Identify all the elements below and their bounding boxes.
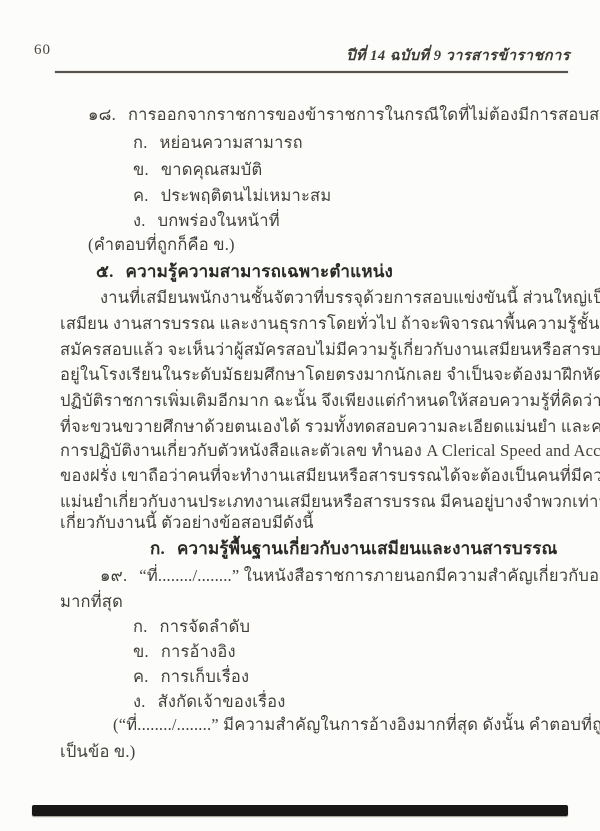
question-18-choice-a: ก.หย่อนความสามารถ <box>133 132 303 154</box>
choice-text: ขาดคุณสมบัติ <box>161 160 263 179</box>
question-19-answer-note-2: เป็นข้อ ข.) <box>60 741 135 763</box>
question-18-choice-d: ง.บกพร่องในหน้าที่ <box>133 210 280 232</box>
choice-text: การเก็บเรื่อง <box>161 667 250 686</box>
question-19-number: ๑๙. <box>100 565 127 587</box>
paragraph-line: สมัครสอบแล้ว จะเห็นว่าผู้สมัครสอบไม่มีคว… <box>60 339 600 361</box>
question-19-text: “ที่......../........” ในหนังสือราชการภา… <box>139 566 600 585</box>
paragraph-line: ที่จะขวนขวายศึกษาด้วยตนเองได้ รวมทั้งทดส… <box>60 416 600 438</box>
subsection-a-heading: ก.ความรู้พื้นฐานเกี่ยวกับงานเสมียนและงาน… <box>150 538 558 560</box>
question-19-answer-note-1: (“ที่......../........” มีความสำคัญในการ… <box>113 714 600 736</box>
question-19-choice-c: ค.การเก็บเรื่อง <box>133 666 249 688</box>
subsection-a-label: ก. <box>150 538 165 560</box>
subsection-a-title: ความรู้พื้นฐานเกี่ยวกับงานเสมียนและงานสา… <box>177 539 558 558</box>
question-19-choice-d: ง.สังกัดเจ้าของเรื่อง <box>133 691 286 713</box>
choice-label: ข. <box>133 159 149 181</box>
question-18-answer-note: (คำตอบที่ถูกก็คือ ข.) <box>88 234 235 256</box>
question-19-line-2: มากที่สุด <box>60 591 123 613</box>
choice-label: ง. <box>133 691 146 713</box>
choice-text: หย่อนความสามารถ <box>160 133 303 152</box>
choice-label: ก. <box>133 132 148 154</box>
choice-text: บกพร่องในหน้าที่ <box>158 211 280 230</box>
scanned-journal-page: 60 ปีที่ 14 ฉบับที่ 9 วารสารข้าราชการ ๑๘… <box>0 0 600 831</box>
paragraph-line: แม่นยำเกี่ยวกับงานประเภทงานเสมียนหรือสาร… <box>60 491 600 513</box>
question-19-line-1: ๑๙.“ที่......../........” ในหนังสือราชกา… <box>100 565 600 587</box>
paragraph-line: ปฏิบัติราชการเพิ่มเติมอีกมาก ฉะนั้น จึงเ… <box>60 390 600 412</box>
section-5-heading: ๕.ความรู้ความสามารถเฉพาะตำแหน่ง <box>96 261 393 283</box>
paragraph-line: การปฏิบัติงานเกี่ยวกับตัวหนังสือและตัวเล… <box>60 440 600 462</box>
question-18-line: ๑๘.การออกจากราชการของข้าราชการในกรณีใดที… <box>88 104 600 126</box>
question-18-text: การออกจากราชการของข้าราชการในกรณีใดที่ไม… <box>128 105 600 124</box>
choice-text: สังกัดเจ้าของเรื่อง <box>158 692 286 711</box>
paragraph-line: อยู่ในโรงเรียนในระดับมัธยมศึกษาโดยตรงมาก… <box>60 364 600 386</box>
choice-text: การจัดลำดับ <box>160 617 251 636</box>
choice-label: ข. <box>133 641 149 663</box>
choice-text: การอ้างอิง <box>161 642 236 661</box>
question-18-number: ๑๘. <box>88 104 116 126</box>
choice-label: ค. <box>133 185 149 207</box>
choice-label: ก. <box>133 616 148 638</box>
choice-text: ประพฤติตนไม่เหมาะสม <box>161 186 332 205</box>
question-18-choice-b: ข.ขาดคุณสมบัติ <box>133 159 262 181</box>
choice-label: ค. <box>133 666 149 688</box>
scan-artifact-bar <box>32 805 568 816</box>
paragraph-line: ของฝรั่ง เขาถือว่าคนที่จะทำงานเสมียนหรือ… <box>60 465 600 487</box>
question-18-choice-c: ค.ประพฤติตนไม่เหมาะสม <box>133 185 331 207</box>
section-5-title: ความรู้ความสามารถเฉพาะตำแหน่ง <box>126 262 394 281</box>
journal-issue-header: ปีที่ 14 ฉบับที่ 9 วารสารข้าราชการ <box>346 44 570 67</box>
paragraph-line: เสมียน งานสารบรรณ และงานธุรการโดยทั่วไป … <box>60 313 600 335</box>
paragraph-line: งานที่เสมียนพนักงานชั้นจัตวาที่บรรจุด้วย… <box>100 287 600 309</box>
question-19-choice-b: ข.การอ้างอิง <box>133 641 236 663</box>
header-divider <box>55 71 568 73</box>
question-19-choice-a: ก.การจัดลำดับ <box>133 616 250 638</box>
paragraph-line: เกี่ยวกับงานนี้ ตัวอย่างข้อสอบมีดังนี้ <box>60 512 314 534</box>
section-5-number: ๕. <box>96 261 114 283</box>
choice-label: ง. <box>133 210 146 232</box>
page-number: 60 <box>34 42 51 59</box>
